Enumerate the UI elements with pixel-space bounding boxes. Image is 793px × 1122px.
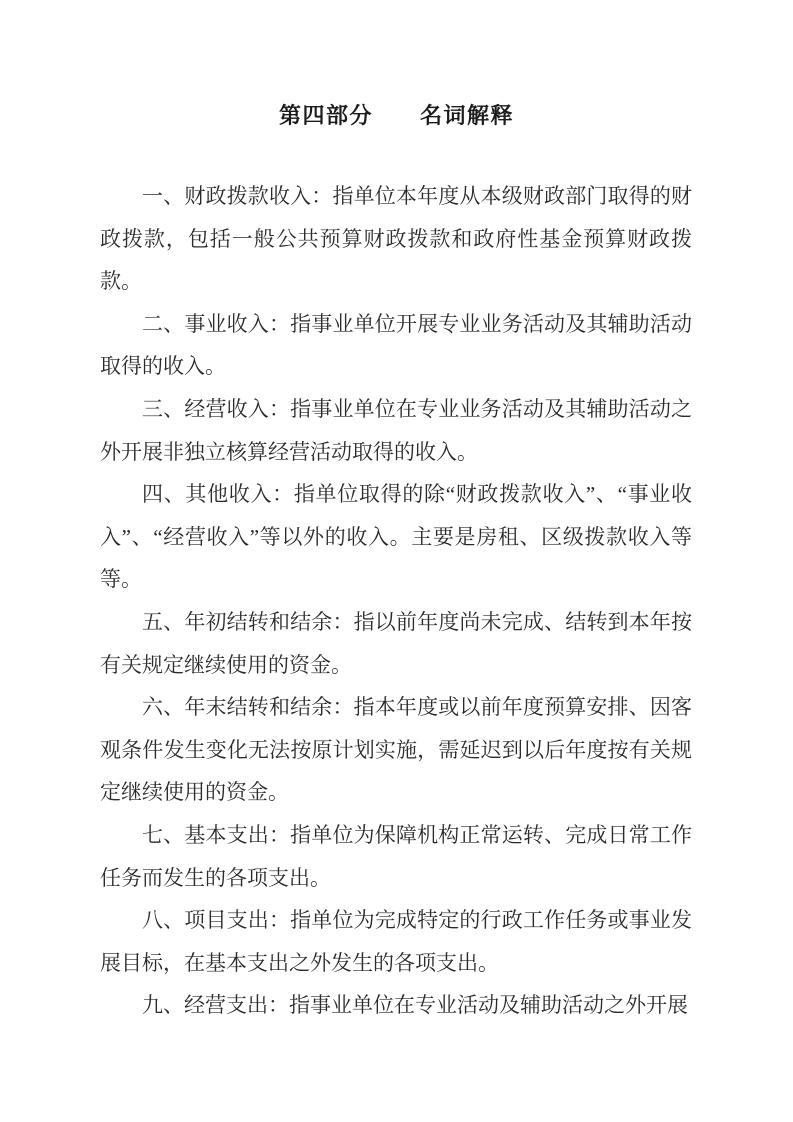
paragraph-term-6: 六、年末结转和结余：指本年度或以前年度预算安排、因客观条件发生变化无法按原计划实… [100,686,692,814]
paragraph-term-3: 三、经营收入：指事业单位在专业业务活动及其辅助活动之外开展非独立核算经营活动取得… [100,388,692,473]
paragraph-term-2: 二、事业收入：指事业单位开展专业业务活动及其辅助活动取得的收入。 [100,303,692,388]
page-title: 第四部分 名词解释 [0,99,793,130]
paragraph-term-9: 九、经营支出：指事业单位在专业活动及辅助活动之外开展 [100,984,692,1027]
paragraph-term-1: 一、财政拨款收入：指单位本年度从本级财政部门取得的财政拨款，包括一般公共预算财政… [100,175,692,303]
paragraph-term-7: 七、基本支出：指单位为保障机构正常运转、完成日常工作任务而发生的各项支出。 [100,814,692,899]
paragraph-term-8: 八、项目支出：指单位为完成特定的行政工作任务或事业发展目标，在基本支出之外发生的… [100,899,692,984]
document-page: 第四部分 名词解释 一、财政拨款收入：指单位本年度从本级财政部门取得的财政拨款，… [0,0,793,1122]
paragraph-term-4: 四、其他收入：指单位取得的除“财政拨款收入”、“事业收入”、“经营收入”等以外的… [100,473,692,601]
document-body: 一、财政拨款收入：指单位本年度从本级财政部门取得的财政拨款，包括一般公共预算财政… [100,175,692,1027]
paragraph-term-5: 五、年初结转和结余：指以前年度尚未完成、结转到本年按有关规定继续使用的资金。 [100,601,692,686]
